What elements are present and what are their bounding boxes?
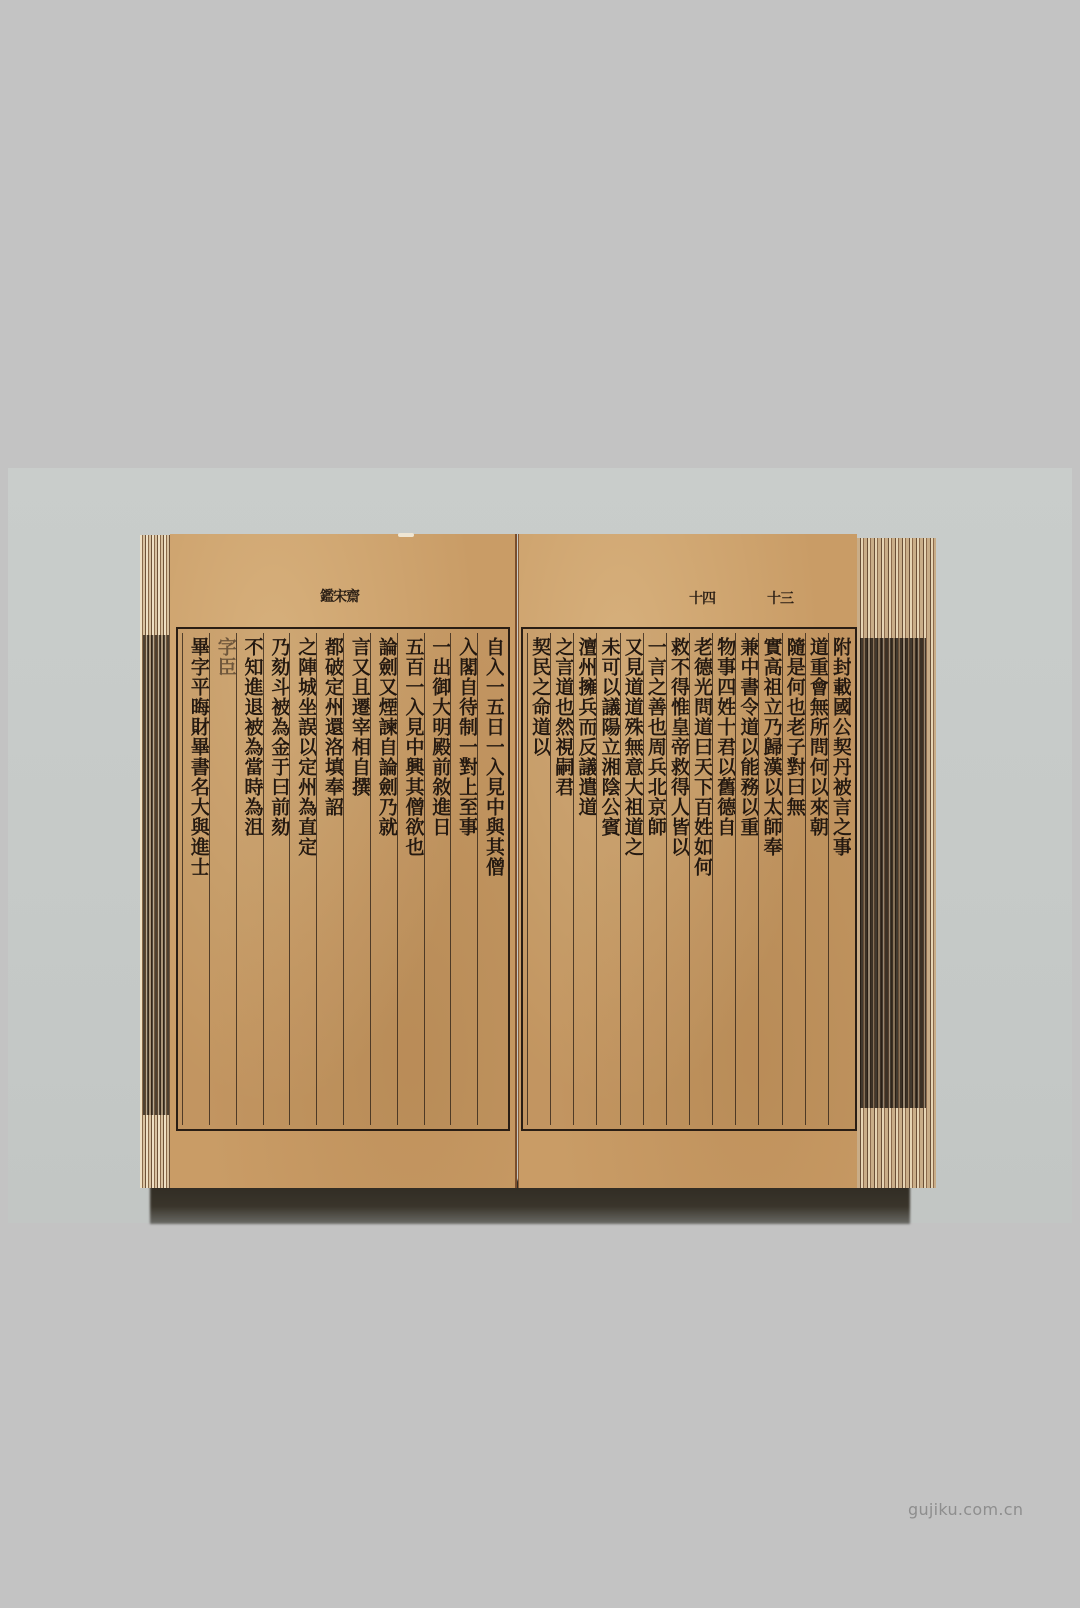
left-page: 鑑宋齋 自入一五日一入見中與其僧 入閣自待制一對上至事 一出御大明殿前敘進日 五… [170,534,517,1188]
right-page: 十四 十三 附封載國公契丹被言之事 道重會無所問何以來朝 隨是何也老子對曰無 實… [518,534,857,1188]
paper-tear [398,533,414,537]
right-text-block: 附封載國公契丹被言之事 道重會無所問何以來朝 隨是何也老子對曰無 實高祖立乃歸漢… [521,627,857,1131]
right-page-header-mark: 十三 [767,588,793,608]
text-column: 道重會無所問何以來朝 [805,633,828,1125]
text-column: 澶州擁兵而反議遣道 [573,633,596,1125]
text-column: 言又且遷宰相自撰 [343,633,370,1125]
text-column: 論劍又煙諫自論劍乃就 [370,633,397,1125]
text-column: 實高祖立乃歸漢以太師奉 [758,633,781,1125]
open-book: 鑑宋齋 自入一五日一入見中與其僧 入閣自待制一對上至事 一出御大明殿前敘進日 五… [0,0,1080,1608]
text-column: 一出御大明殿前敘進日 [424,633,451,1125]
text-column: 一言之善也周兵北京師 [643,633,666,1125]
text-column: 之言道也然視嗣君 [550,633,573,1125]
text-column: 不知進退被為當時為沮 [236,633,263,1125]
text-column: 自入一五日一入見中與其僧 [477,633,504,1125]
text-column: 契民之命道以 [527,633,550,1125]
right-page-header-mark: 十四 [689,588,715,608]
site-watermark: gujiku.com.cn [908,1500,1023,1519]
left-page-stack-edge [140,535,172,1188]
text-column: 畢字平晦財畢書名大與進士 [182,633,209,1125]
text-column: 老德光問道曰天下百姓如何 [689,633,712,1125]
text-column: 字臣 [209,633,236,1125]
text-column: 救不得惟皇帝救得人皆以 [666,633,689,1125]
text-column: 乃劾斗被為金于曰前劾 [263,633,290,1125]
text-column: 又見道道殊無意大祖道之 [620,633,643,1125]
text-column: 五百一入見中興其僧欲也 [397,633,424,1125]
text-column: 兼中書令道以能務以重 [735,633,758,1125]
text-column: 附封載國公契丹被言之事 [828,633,851,1125]
text-column: 未可以議陽立湘陰公賓 [596,633,619,1125]
left-text-block: 自入一五日一入見中與其僧 入閣自待制一對上至事 一出御大明殿前敘進日 五百一入見… [176,627,510,1131]
text-column: 都破定州還洛填奉詔 [316,633,343,1125]
text-column: 之陣城坐誤以定州為直定 [289,633,316,1125]
text-column: 隨是何也老子對曰無 [782,633,805,1125]
left-page-header-mark: 鑑宋齋 [320,586,359,606]
text-column: 物事四姓十君以舊德自 [712,633,735,1125]
text-column: 入閣自待制一對上至事 [450,633,477,1125]
right-page-stack-edge [854,538,936,1188]
